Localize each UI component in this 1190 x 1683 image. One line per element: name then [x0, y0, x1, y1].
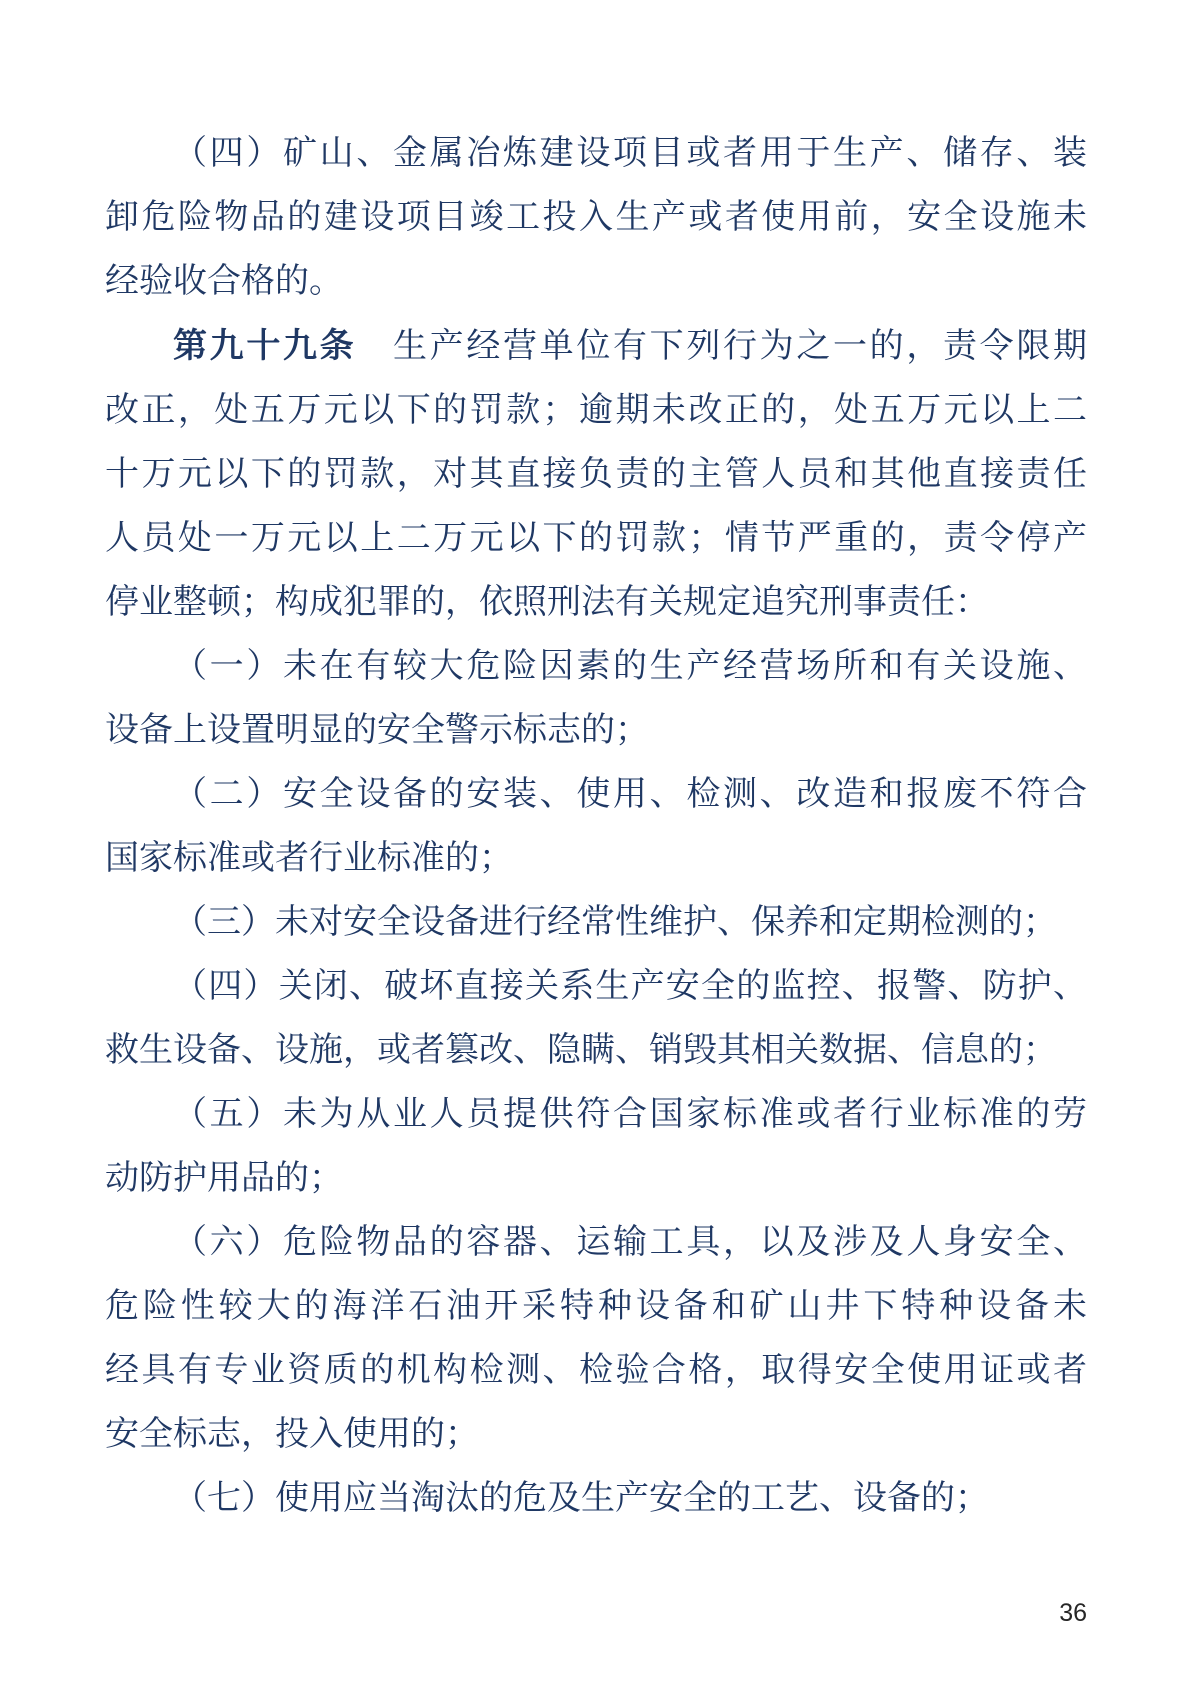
text-line: 救生设备、设施，或者篡改、隐瞒、销毁其相关数据、信息的；: [105, 1019, 1087, 1083]
paragraph: （二）安全设备的安装、使用、检测、改造和报废不符合国家标准或者行业标准的；: [105, 763, 1087, 891]
text-run: 停业整顿；构成犯罪的，依照刑法有关规定追究刑事责任：: [105, 584, 989, 621]
text-line: 卸危险物品的建设项目竣工投入生产或者使用前，安全设施未: [105, 186, 1087, 250]
document-page: （四）矿山、金属冶炼建设项目或者用于生产、储存、装卸危险物品的建设项目竣工投入生…: [0, 0, 1190, 1683]
text-run: 经具有专业资质的机构检测、检验合格，取得安全使用证或者: [105, 1352, 1087, 1389]
text-run: 人员处一万元以上二万元以下的罚款；情节严重的，责令停产: [105, 520, 1087, 557]
text-line: 安全标志，投入使用的；: [105, 1403, 1087, 1467]
article-number-bold: 第九十九条: [173, 327, 356, 365]
text-line: 动防护用品的；: [105, 1147, 1087, 1211]
paragraph: 第九十九条 生产经营单位有下列行为之一的，责令限期改正，处五万元以下的罚款；逾期…: [105, 314, 1087, 635]
text-run: （七）使用应当淘汰的危及生产安全的工艺、设备的；: [173, 1480, 989, 1517]
text-line: 停业整顿；构成犯罪的，依照刑法有关规定追究刑事责任：: [105, 571, 1087, 635]
text-run: 危险性较大的海洋石油开采特种设备和矿山井下特种设备未: [105, 1288, 1087, 1325]
text-line: 十万元以下的罚款，对其直接负责的主管人员和其他直接责任: [105, 443, 1087, 507]
paragraph: （四）矿山、金属冶炼建设项目或者用于生产、储存、装卸危险物品的建设项目竣工投入生…: [105, 122, 1087, 314]
text-run: （三）未对安全设备进行经常性维护、保养和定期检测的；: [173, 904, 1057, 941]
text-line: 人员处一万元以上二万元以下的罚款；情节严重的，责令停产: [105, 507, 1087, 571]
text-line: 经验收合格的。: [105, 250, 1087, 314]
text-line: 第九十九条 生产经营单位有下列行为之一的，责令限期: [105, 314, 1087, 379]
text-run: （四）矿山、金属冶炼建设项目或者用于生产、储存、装: [173, 135, 1087, 172]
text-line: （七）使用应当淘汰的危及生产安全的工艺、设备的；: [105, 1467, 1087, 1531]
text-line: （五）未为从业人员提供符合国家标准或者行业标准的劳: [105, 1083, 1087, 1147]
document-body: （四）矿山、金属冶炼建设项目或者用于生产、储存、装卸危险物品的建设项目竣工投入生…: [105, 122, 1087, 1531]
text-run: （四）关闭、破坏直接关系生产安全的监控、报警、防护、: [173, 968, 1087, 1005]
text-run: 十万元以下的罚款，对其直接负责的主管人员和其他直接责任: [105, 456, 1087, 493]
text-line: 设备上设置明显的安全警示标志的；: [105, 699, 1087, 763]
text-run: 动防护用品的；: [105, 1160, 343, 1197]
text-run: 国家标准或者行业标准的；: [105, 840, 513, 877]
paragraph: （四）关闭、破坏直接关系生产安全的监控、报警、防护、救生设备、设施，或者篡改、隐…: [105, 955, 1087, 1083]
text-run: （五）未为从业人员提供符合国家标准或者行业标准的劳: [173, 1096, 1087, 1133]
text-run: 救生设备、设施，或者篡改、隐瞒、销毁其相关数据、信息的；: [105, 1032, 1057, 1069]
text-line: 改正，处五万元以下的罚款；逾期未改正的，处五万元以上二: [105, 379, 1087, 443]
text-run: 生产经营单位有下列行为之一的，责令限期: [356, 328, 1087, 365]
text-line: （二）安全设备的安装、使用、检测、改造和报废不符合: [105, 763, 1087, 827]
text-run: 安全标志，投入使用的；: [105, 1416, 479, 1453]
text-line: 经具有专业资质的机构检测、检验合格，取得安全使用证或者: [105, 1339, 1087, 1403]
paragraph: （六）危险物品的容器、运输工具，以及涉及人身安全、危险性较大的海洋石油开采特种设…: [105, 1211, 1087, 1467]
text-line: （一）未在有较大危险因素的生产经营场所和有关设施、: [105, 635, 1087, 699]
paragraph: （五）未为从业人员提供符合国家标准或者行业标准的劳动防护用品的；: [105, 1083, 1087, 1211]
text-run: （一）未在有较大危险因素的生产经营场所和有关设施、: [173, 648, 1087, 685]
text-run: 设备上设置明显的安全警示标志的；: [105, 712, 649, 749]
paragraph: （七）使用应当淘汰的危及生产安全的工艺、设备的；: [105, 1467, 1087, 1531]
text-line: （四）关闭、破坏直接关系生产安全的监控、报警、防护、: [105, 955, 1087, 1019]
paragraph: （三）未对安全设备进行经常性维护、保养和定期检测的；: [105, 891, 1087, 955]
text-line: （四）矿山、金属冶炼建设项目或者用于生产、储存、装: [105, 122, 1087, 186]
text-line: 国家标准或者行业标准的；: [105, 827, 1087, 891]
text-run: 卸危险物品的建设项目竣工投入生产或者使用前，安全设施未: [105, 199, 1087, 236]
text-line: （三）未对安全设备进行经常性维护、保养和定期检测的；: [105, 891, 1087, 955]
text-run: （六）危险物品的容器、运输工具，以及涉及人身安全、: [173, 1224, 1087, 1261]
page-number: 36: [1059, 1598, 1087, 1628]
text-run: 经验收合格的。: [105, 263, 343, 300]
text-run: （二）安全设备的安装、使用、检测、改造和报废不符合: [173, 776, 1087, 813]
text-line: （六）危险物品的容器、运输工具，以及涉及人身安全、: [105, 1211, 1087, 1275]
text-run: 改正，处五万元以下的罚款；逾期未改正的，处五万元以上二: [105, 392, 1087, 429]
text-line: 危险性较大的海洋石油开采特种设备和矿山井下特种设备未: [105, 1275, 1087, 1339]
paragraph: （一）未在有较大危险因素的生产经营场所和有关设施、设备上设置明显的安全警示标志的…: [105, 635, 1087, 763]
